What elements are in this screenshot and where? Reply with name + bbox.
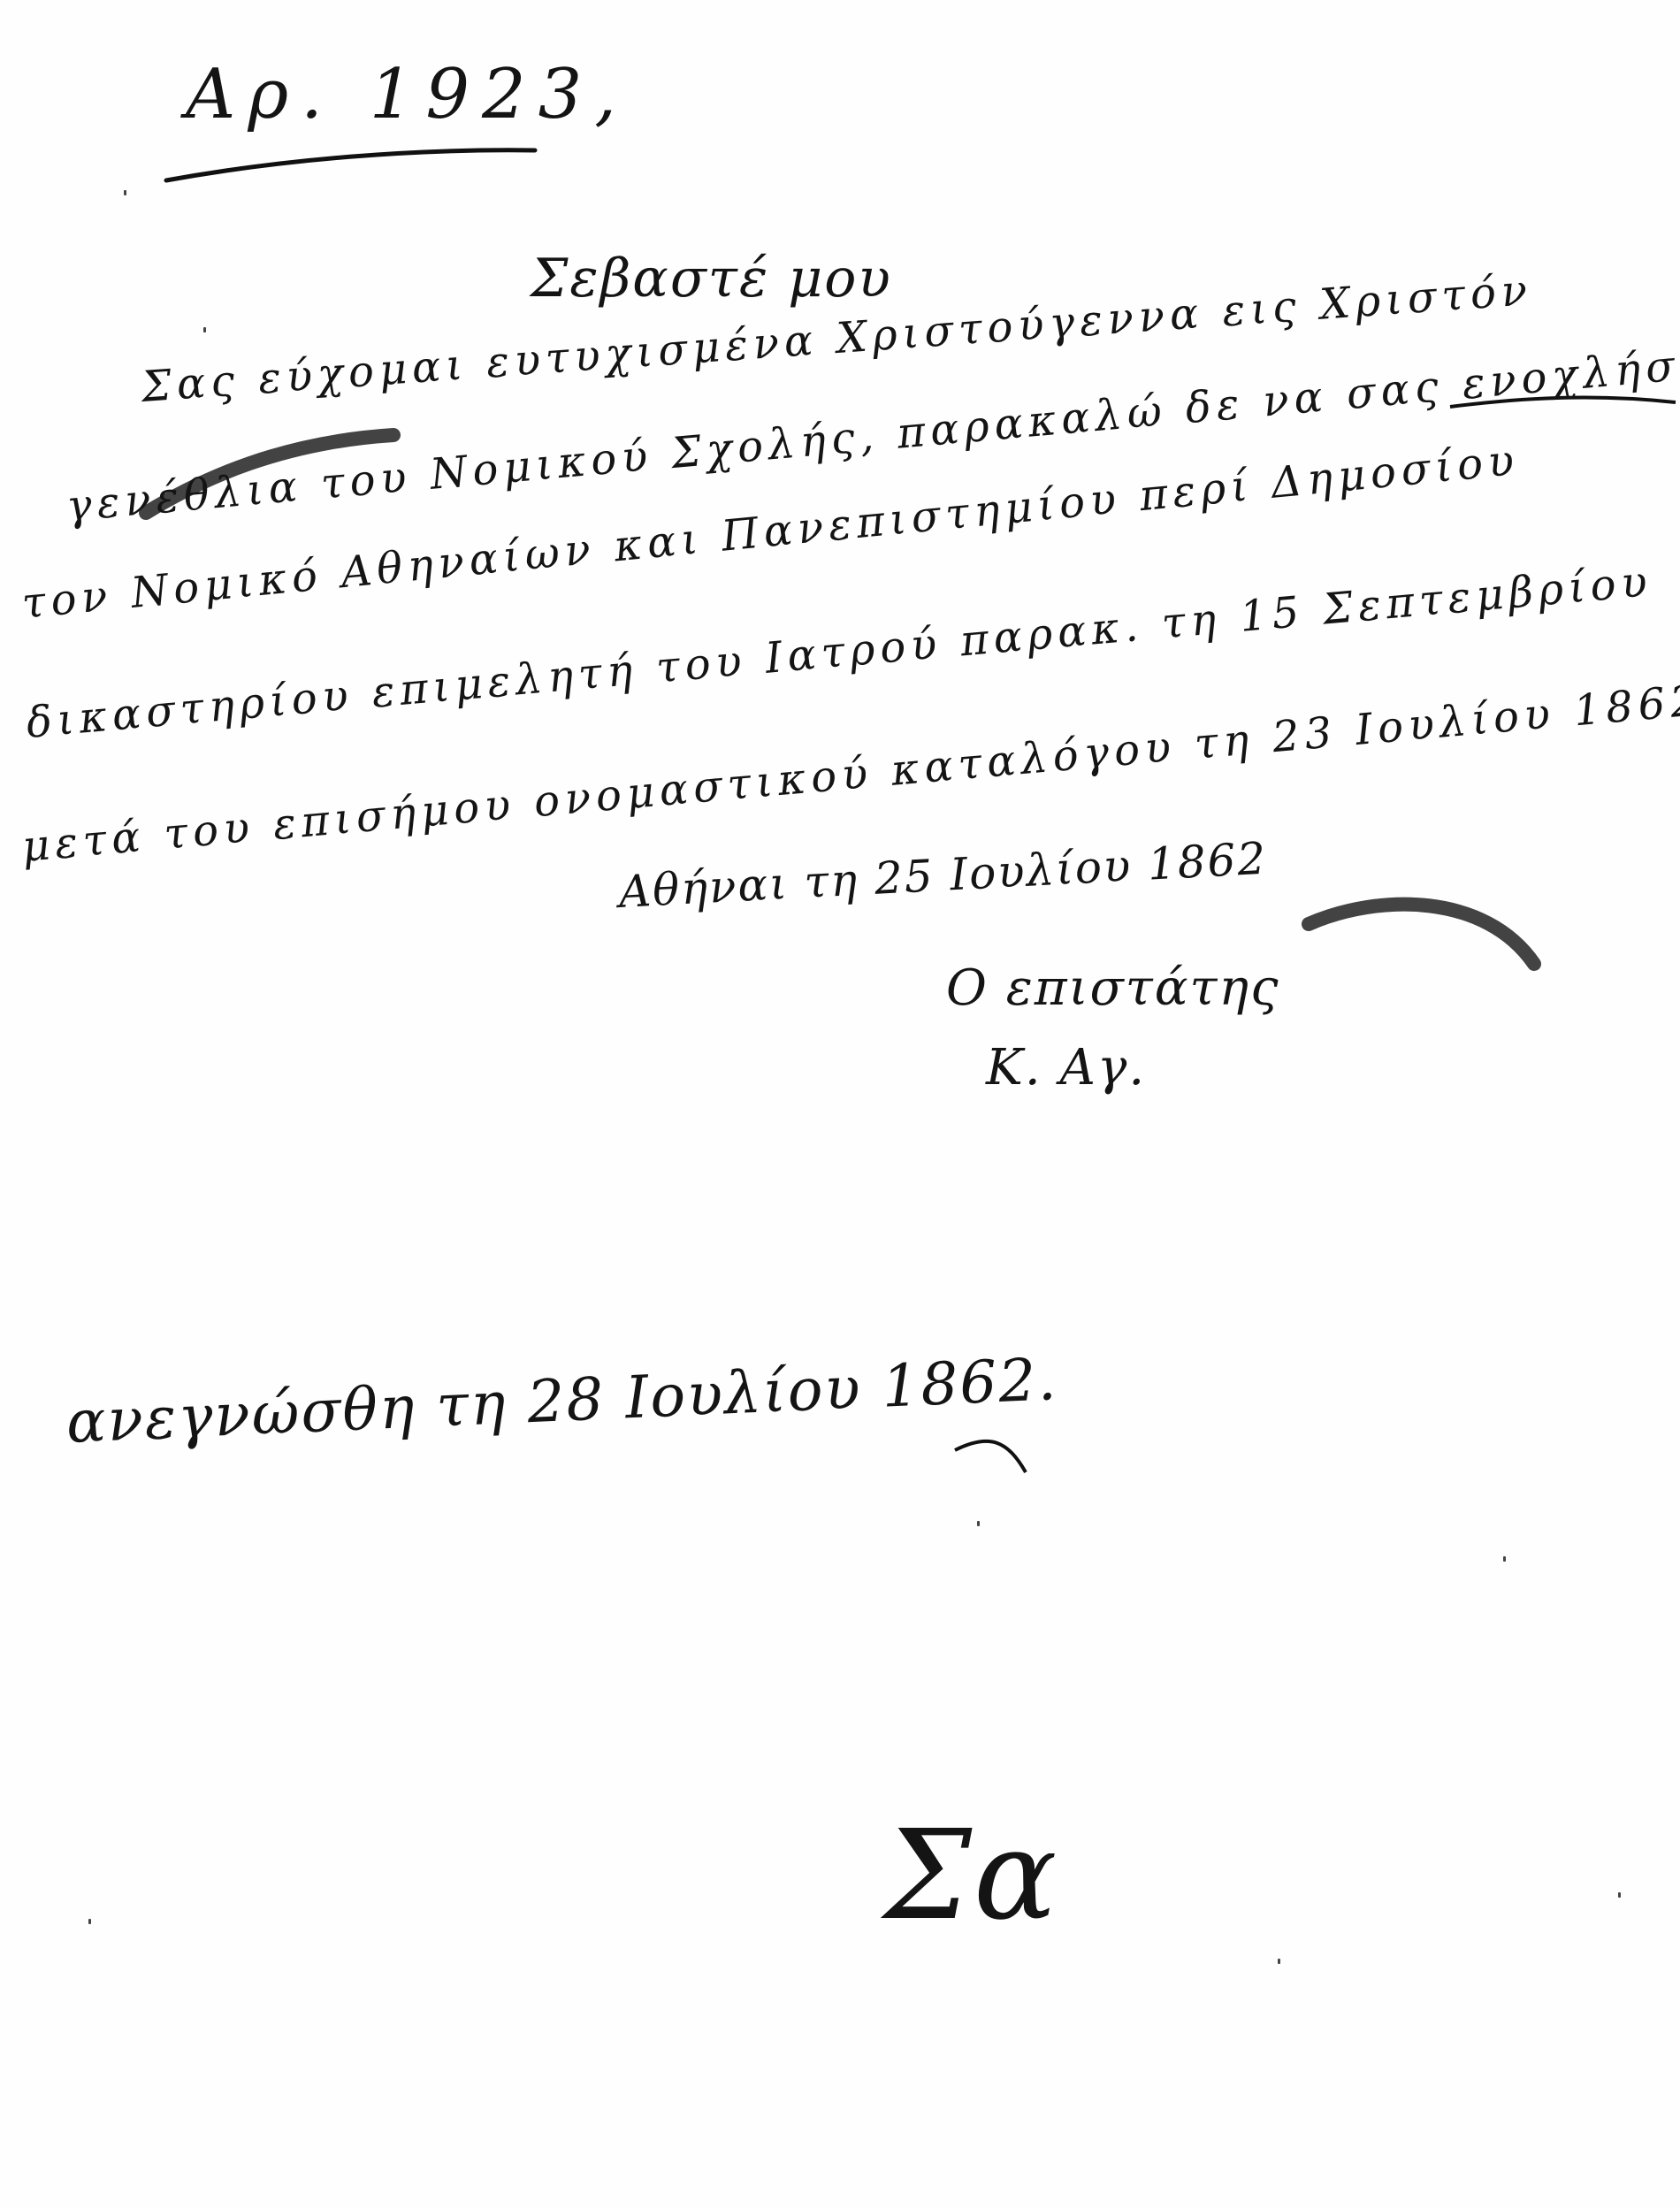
manuscript-page: Αρ. 1923, Σεβαστέ μου Σας εύχομαι ευτυχι… <box>0 0 1680 2208</box>
reference-underline <box>166 150 535 180</box>
scan-speck <box>1618 1892 1621 1898</box>
annotation-flourish <box>955 1441 1026 1472</box>
closing: Ο επιστάτης <box>946 959 1279 1017</box>
bottom-mark: Σα <box>884 1804 1059 1948</box>
signature: Κ. Αγ. <box>986 1039 1146 1096</box>
scan-speck <box>88 1919 91 1924</box>
scan-speck <box>124 190 126 195</box>
salutation: Σεβαστέ μου <box>531 248 892 309</box>
ink-smudge-date <box>1309 905 1534 964</box>
scan-speck <box>1503 1556 1506 1562</box>
scan-speck <box>977 1521 980 1526</box>
scan-speck <box>1278 1959 1280 1964</box>
scan-speck <box>203 327 206 332</box>
reference-number: Αρ. 1923, <box>186 55 629 134</box>
